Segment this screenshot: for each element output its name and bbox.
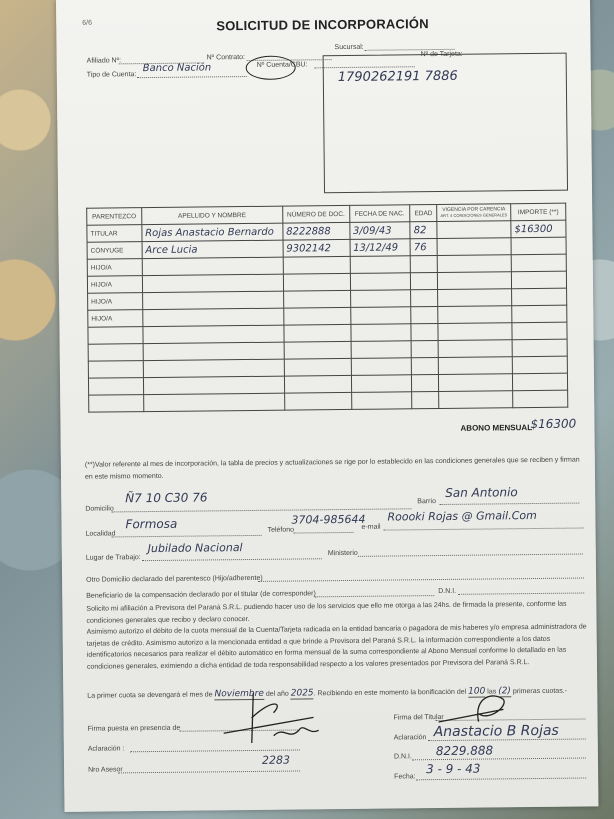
telefono-value: 3704-985644	[291, 513, 365, 527]
beneficiario-dni-field[interactable]	[458, 593, 584, 595]
cell-parentesco[interactable]: HIJO/A	[88, 293, 143, 311]
cell-importe[interactable]	[512, 356, 567, 374]
tipo-cuenta-field[interactable]	[137, 76, 247, 78]
cell-importe[interactable]: $16300	[511, 220, 566, 238]
localidad-value: Formosa	[125, 517, 177, 532]
cell-importe[interactable]	[513, 390, 568, 408]
otro-domicilio-label: Otro Domicilio declarado del parentesco …	[86, 575, 263, 584]
sucursal-label: Sucursal:	[334, 44, 363, 51]
beneficiario-dni-label: D.N.I.	[438, 588, 456, 595]
cell-vigencia[interactable]	[437, 238, 511, 256]
email-field[interactable]	[384, 528, 584, 531]
cell-doc[interactable]	[284, 341, 351, 359]
barrio-value: San Antonio	[445, 485, 518, 500]
telefono-field[interactable]	[294, 532, 354, 534]
cell-vigencia[interactable]	[439, 391, 513, 409]
contrato-label: Nº Contrato:	[207, 54, 245, 61]
col-fecha: FECHA DE NAC.	[349, 205, 410, 223]
witness-signature	[213, 687, 324, 748]
barrio-label: Barrio	[417, 498, 436, 505]
cell-doc[interactable]	[284, 324, 351, 342]
cell-nombre[interactable]	[142, 308, 283, 326]
cell-importe[interactable]	[511, 237, 566, 255]
cell-doc[interactable]	[283, 256, 350, 274]
cell-vigencia[interactable]	[438, 272, 512, 290]
cell-edad[interactable]	[411, 273, 438, 290]
cell-parentesco[interactable]	[88, 378, 143, 396]
col-importe: IMPORTE (**)	[511, 203, 566, 221]
family-table-body: TITULARRojas Anastacio Bernardo82228883/…	[87, 220, 568, 412]
fecha-value: 3 - 9 - 43	[426, 762, 481, 777]
domicilio-field[interactable]	[111, 508, 411, 512]
beneficiario-label: Beneficiario de la compensación declarad…	[86, 590, 316, 599]
beneficiario-field[interactable]	[314, 595, 434, 597]
otro-domicilio-field[interactable]	[258, 578, 584, 582]
card-number-box[interactable]: 1790262191 7886	[323, 53, 568, 194]
cell-edad[interactable]	[412, 375, 439, 392]
trabajo-label: Lugar de Trabajo:	[86, 554, 141, 562]
cell-vigencia[interactable]	[439, 374, 513, 392]
legal-paragraph-2: Asimismo autorizo el débito de la cuota …	[87, 621, 592, 672]
afiliado-label: Afiliado Nº:	[87, 57, 122, 64]
cell-edad[interactable]	[411, 290, 438, 307]
cell-nombre[interactable]: Rojas Anastacio Bernardo	[142, 223, 283, 241]
cell-fecha[interactable]: 13/12/49	[350, 239, 411, 257]
form-title: SOLICITUD DE INCORPORACIÓN	[216, 16, 429, 33]
cell-doc[interactable]	[284, 307, 351, 325]
aclaracion-field[interactable]	[130, 749, 300, 752]
titular-dni-value: 8229.888	[436, 743, 493, 758]
cell-edad[interactable]	[410, 256, 437, 273]
cell-edad[interactable]	[411, 324, 438, 341]
page-number: 6/6	[82, 20, 92, 27]
cell-fecha[interactable]: 3/09/43	[349, 222, 410, 240]
cell-parentesco[interactable]: HIJO/A	[87, 259, 142, 277]
cuota-prefix: La primer cuota se devengará el mes de	[87, 691, 212, 699]
cell-importe[interactable]	[511, 254, 566, 272]
titular-dni-label: D.N.I.	[394, 753, 412, 760]
tipo-cuenta-label: Tipo de Cuenta:	[87, 71, 137, 79]
cell-parentesco[interactable]: HIJO/A	[87, 276, 142, 294]
aclaracion-label: Aclaración :	[88, 745, 125, 752]
cell-importe[interactable]	[512, 322, 567, 340]
cell-importe[interactable]	[512, 305, 567, 323]
cell-doc[interactable]	[284, 375, 351, 393]
presencia-label: Firma puesta en presencia de	[88, 725, 181, 733]
form-page: 6/6 SOLICITUD DE INCORPORACIÓN Afiliado …	[56, 0, 598, 812]
col-doc: NÚMERO DE DOC.	[282, 205, 349, 223]
cell-nombre[interactable]: Arce Lucia	[142, 240, 283, 258]
cell-parentesco[interactable]	[88, 344, 143, 362]
cell-importe[interactable]	[511, 271, 566, 289]
cell-vigencia[interactable]	[438, 340, 512, 358]
cell-parentesco[interactable]	[88, 361, 143, 379]
cell-vigencia[interactable]	[438, 289, 512, 307]
email-value: Roooki Rojas @ Gmail.Com	[387, 509, 537, 524]
ministerio-label: Ministerio	[328, 550, 358, 557]
cell-doc[interactable]: 8222888	[283, 222, 350, 240]
price-note: (**)Valor referente al mes de incorporac…	[85, 454, 585, 482]
cell-doc[interactable]	[283, 273, 350, 291]
cell-fecha[interactable]	[351, 375, 412, 393]
cell-fecha[interactable]	[350, 273, 411, 291]
cell-parentesco[interactable]: CÓNYUGE	[87, 242, 142, 260]
cell-doc[interactable]	[284, 358, 351, 376]
cell-fecha[interactable]	[351, 392, 412, 410]
col-parentesco: PARENTEZCO	[87, 208, 142, 226]
cell-doc[interactable]	[283, 290, 350, 308]
ministerio-field[interactable]	[358, 554, 583, 557]
col-nombre: APELLIDO Y NOMBRE	[141, 206, 282, 224]
cell-edad[interactable]	[412, 358, 439, 375]
cell-importe[interactable]	[512, 339, 567, 357]
card-number-value: 1790262191 7886	[338, 69, 458, 85]
abono-label: ABONO MENSUAL	[460, 423, 532, 433]
telefono-label: Teléfono	[268, 527, 295, 534]
cell-nombre[interactable]	[143, 359, 284, 377]
cell-vigencia[interactable]	[438, 357, 512, 375]
domicilio-label: Domicilio	[85, 505, 113, 512]
barrio-field[interactable]	[439, 503, 579, 505]
asesor-field[interactable]	[118, 770, 300, 773]
table-row	[89, 390, 568, 412]
cell-fecha[interactable]	[350, 324, 411, 342]
cell-vigencia[interactable]	[438, 323, 512, 341]
vigencia-sub: ART. 4 CONDICIONES GENERALES	[440, 212, 507, 218]
trabajo-value: Jubilado Nacional	[148, 541, 243, 555]
cell-vigencia[interactable]	[437, 221, 511, 239]
cell-nombre[interactable]	[142, 291, 283, 309]
cell-fecha[interactable]	[351, 358, 412, 376]
cell-nombre[interactable]	[143, 393, 284, 411]
abono-value: $16300	[530, 417, 576, 431]
cell-nombre[interactable]	[142, 257, 283, 275]
cell-fecha[interactable]	[350, 256, 411, 274]
cell-vigencia[interactable]	[438, 306, 512, 324]
cell-nombre[interactable]	[143, 325, 284, 343]
cell-fecha[interactable]	[350, 307, 411, 325]
cell-fecha[interactable]	[351, 341, 412, 359]
cell-doc[interactable]	[284, 392, 351, 410]
cell-vigencia[interactable]	[437, 255, 511, 273]
cell-edad[interactable]: 82	[410, 222, 437, 239]
cell-edad[interactable]	[412, 392, 439, 409]
cell-nombre[interactable]	[143, 342, 284, 360]
cell-fecha[interactable]	[350, 290, 411, 308]
aclaracion-titular-label: Aclaración	[394, 734, 427, 741]
cell-parentesco[interactable]	[89, 395, 144, 413]
trabajo-field[interactable]	[142, 558, 322, 561]
col-edad: EDAD	[410, 205, 437, 222]
asesor-value: 2283	[262, 754, 290, 767]
cell-doc[interactable]: 9302142	[283, 239, 350, 257]
cell-nombre[interactable]	[143, 376, 284, 394]
cell-edad[interactable]: 76	[410, 239, 437, 256]
cell-importe[interactable]	[512, 373, 567, 391]
fecha-label: Fecha:	[394, 773, 415, 780]
cell-nombre[interactable]	[142, 274, 283, 292]
cell-parentesco[interactable]: TITULAR	[87, 225, 142, 243]
cell-parentesco[interactable]	[88, 327, 143, 345]
fecha-field[interactable]	[416, 777, 586, 780]
cell-edad[interactable]	[411, 307, 438, 324]
cuenta-cbu-label: Nº Cuenta/CBU:	[257, 61, 308, 69]
email-label: e-mail	[362, 524, 381, 531]
col-vigencia: VIGENCIA POR CARENCIAART. 4 CONDICIONES …	[437, 204, 511, 222]
cell-edad[interactable]	[411, 341, 438, 358]
cell-parentesco[interactable]: HIJO/A	[88, 310, 143, 328]
tipo-cuenta-value: Banco Nación	[143, 62, 212, 74]
cell-importe[interactable]	[512, 288, 567, 306]
aclaracion-titular-value: Anastacio B Rojas	[434, 723, 559, 740]
family-table: PARENTEZCO APELLIDO Y NOMBRE NÚMERO DE D…	[86, 203, 568, 413]
localidad-field[interactable]	[112, 535, 262, 538]
domicilio-value: Ñ7 10 C30 76	[125, 490, 207, 505]
